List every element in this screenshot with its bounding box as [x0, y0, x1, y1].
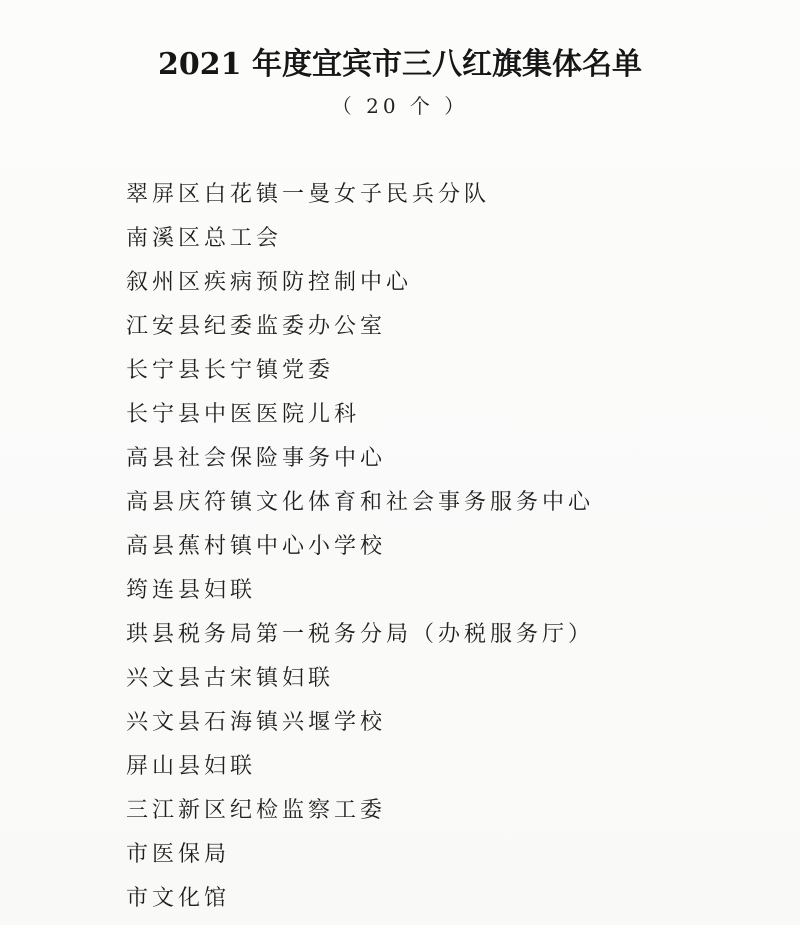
list-item: 屏山县妇联 — [126, 745, 594, 789]
document-page: 2021 年度宜宾市三八红旗集体名单 （ 20 个 ） 翠屏区白花镇一曼女子民兵… — [0, 0, 800, 925]
collective-list: 翠屏区白花镇一曼女子民兵分队 南溪区总工会 叙州区疾病预防控制中心 江安县纪委监… — [126, 173, 594, 921]
list-item: 市医保局 — [126, 833, 594, 877]
list-item: 珙县税务局第一税务分局（办税服务厅） — [126, 613, 594, 657]
list-item: 长宁县中医医院儿科 — [126, 393, 594, 437]
list-item: 筠连县妇联 — [126, 569, 594, 613]
list-item: 叙州区疾病预防控制中心 — [126, 261, 594, 305]
list-item: 翠屏区白花镇一曼女子民兵分队 — [126, 173, 594, 217]
list-item: 江安县纪委监委办公室 — [126, 305, 594, 349]
list-item: 兴文县石海镇兴堰学校 — [126, 701, 594, 745]
document-subtitle: （ 20 个 ） — [0, 92, 800, 120]
list-item: 三江新区纪检监察工委 — [126, 789, 594, 833]
list-item: 高县庆符镇文化体育和社会事务服务中心 — [126, 481, 594, 525]
list-item: 高县蕉村镇中心小学校 — [126, 525, 594, 569]
list-item: 南溪区总工会 — [126, 217, 594, 261]
document-title: 2021 年度宜宾市三八红旗集体名单 — [0, 45, 800, 85]
list-item: 长宁县长宁镇党委 — [126, 349, 594, 393]
list-item: 兴文县古宋镇妇联 — [126, 657, 594, 701]
list-item: 高县社会保险事务中心 — [126, 437, 594, 481]
list-item: 市文化馆 — [126, 877, 594, 921]
